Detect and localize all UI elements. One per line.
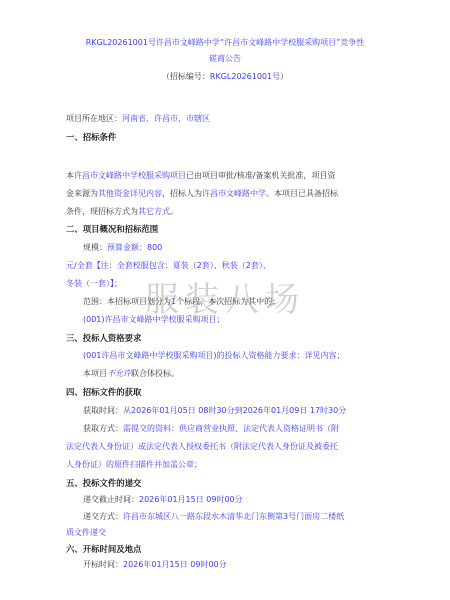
section-1-heading: 一、招标条件: [66, 131, 116, 143]
section-1-line-1: 本许昌市文峰路中学校服采购项目已由项目审批/核准/备案机关批准，项目资: [66, 170, 335, 182]
tenderer: 许昌市文峰路中学: [202, 189, 266, 198]
watermark: 服装八场: [145, 272, 305, 321]
section-5-heading: 五、投标文件的递交: [66, 477, 141, 489]
obtain-time: 获取时间：从2026年01月05日 08时30分到2026年01月09日 17时…: [83, 405, 346, 417]
region-value: 河南省，许昌市，市辖区: [122, 114, 210, 123]
section-4-heading: 四、招标文件的获取: [66, 386, 141, 398]
consortium-value: 不允许: [107, 369, 131, 378]
tender-method: 其它方式: [138, 207, 170, 216]
project-name: 许昌市文峰路中学校服采购项目: [74, 171, 186, 180]
scale-line-2: 元/全套【注：全套校服包含：夏装（2套）、秋装（2套）、: [66, 260, 271, 272]
title-code: RKGL20261001: [86, 38, 148, 47]
qualification-requirement: (001许昌市文峰路中学校服采购项目)的投标人资格能力要求：详见内容；: [83, 350, 345, 362]
title-line-1: RKGL20261001号许昌市文峰路中学“许昌市文峰路中学校服采购项目”竞争性: [0, 37, 450, 49]
region-label: 项目所在地区：: [66, 114, 122, 123]
title-text: 号许昌市文峰路中学“许昌市文峰路中学校服采购项目”竞争性: [148, 38, 364, 47]
submit-method-2: 质文件递交: [66, 527, 106, 539]
announcement-page: RKGL20261001号许昌市文峰路中学“许昌市文峰路中学校服采购项目”竞争性…: [0, 0, 450, 600]
scale-line: 规模：预算金额：800: [83, 242, 162, 254]
section-1-line-3: 条件，现招标方式为其它方式。: [66, 206, 178, 218]
submit-deadline: 递交截止时间：2026年01月15日 09时00分: [83, 494, 243, 506]
section-1-line-2: 金来源为其他资金详见内容，招标人为许昌市文峰路中学。本项目已具备招标: [66, 188, 338, 200]
section-2-heading: 二、项目概况和招标范围: [66, 223, 158, 235]
section-6-heading: 六、开标时间及地点: [66, 543, 141, 555]
section-3-heading: 三、投标人资格要求: [66, 332, 141, 344]
funds-source: 其他资金详见内容: [98, 189, 162, 198]
opening-time: 开标时间：2026年01月15日 09时00分: [83, 559, 227, 571]
tender-number-value: RKGL20261001号: [210, 72, 280, 81]
submit-method: 递交方式：许昌市东城区八一路东段水木清华北门东侧第3号门面房二楼纸: [83, 511, 344, 523]
consortium-line: 本项目不允许联合体投标。: [83, 368, 179, 380]
obtain-method: 获取方式：需提交的资料：供应商营业执照、法定代表人资格证明书（附: [83, 423, 339, 435]
obtain-method-3: 人身份证）的原件扫描件并加盖公章；: [66, 459, 202, 471]
obtain-method-2: 法定代表人身份证）或法定代表人授权委托书（附法定代表人身份证及被委托: [66, 441, 338, 453]
scale-line-3: 冬装（一套）】；: [66, 278, 122, 290]
budget: 预算金额：800: [107, 243, 162, 252]
project-region: 项目所在地区：河南省，许昌市，市辖区: [66, 113, 210, 125]
title-line-2: 磋商公告: [0, 53, 450, 65]
tender-number: （招标编号：RKGL20261001号）: [0, 71, 450, 83]
